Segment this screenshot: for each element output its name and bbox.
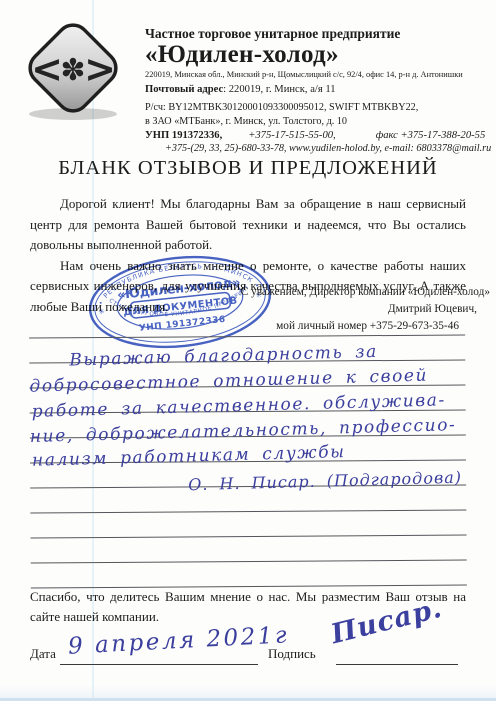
postal-address-value: : 220019, г. Минск, а/я 11 (223, 84, 335, 95)
unp-number: УНП 191372336, (145, 129, 222, 143)
signoff-line3: мой личный номер +375-29-673-35-46 (190, 318, 490, 335)
stamp-star-left: ✳ (98, 307, 105, 317)
document-title: БЛАНК ОТЗЫВОВ И ПРЕДЛОЖЕНИЙ (0, 157, 496, 180)
signature-label: Подпись (268, 646, 316, 662)
signoff-line1: С уважением, Директор компании «Юдилен-х… (190, 284, 490, 301)
review-line: нализм работникам службы (30, 435, 466, 463)
review-line: добросовестное отношение к своей (29, 360, 465, 388)
svg-text:✽: ✽ (60, 53, 85, 88)
scanned-feedback-form: < ✽ > Частное торговое унитарное предпри… (0, 0, 496, 701)
unp-phone-fax-row: УНП 191372336, +375-17-515-55-00, факс +… (145, 129, 492, 143)
company-header: Частное торговое унитарное предприятие «… (145, 26, 492, 156)
company-type: Частное торговое унитарное предприятие (145, 26, 492, 42)
company-address: 220019, Минская обл., Минский р-н, Щомыс… (145, 70, 492, 79)
bank-account-line: Р/сч: BY12MTBK30120001093300095012, SWIF… (145, 101, 492, 114)
review-line: ние, доброжелательность, профессио- (30, 410, 466, 438)
date-signature-row: Дата 9 апреля 2021г Подпись Писар. (30, 630, 466, 690)
phone-number: +375-17-515-55-00, (248, 129, 335, 143)
review-line-empty (30, 485, 466, 513)
review-line-empty (31, 560, 467, 588)
diamond-snowflake-logo-icon: < ✽ > (12, 18, 134, 122)
fax-number: факс +375-17-388-20-55 (376, 129, 486, 143)
postal-address: Почтовый адрес: 220019, г. Минск, а/я 11 (145, 84, 492, 95)
svg-text:>: > (84, 47, 116, 91)
postal-address-label: Почтовый адрес (145, 84, 223, 95)
contacts-line: +375-(29, 33, 25)-680-33-78, www.yudilen… (145, 142, 492, 155)
review-line: работе за качественное. обслужива- (29, 385, 465, 413)
date-label: Дата (30, 646, 56, 662)
review-line-empty (31, 535, 467, 563)
svg-text:<: < (31, 47, 63, 91)
review-line-empty (30, 510, 466, 538)
signoff-line2: Дмитрий Юцевич, (190, 301, 490, 318)
company-name: «Юдилен-холод» (145, 42, 492, 68)
bank-name-line: в ЗАО «МТБанк», г. Минск, ул. Толстого, … (145, 115, 492, 128)
director-signoff: С уважением, Директор компании «Юдилен-х… (190, 284, 490, 335)
company-logo: < ✽ > (12, 18, 134, 122)
review-line: Выражаю благодарность за (29, 334, 465, 363)
review-line: О. Н. Писар. (Подгародова) (30, 460, 466, 488)
review-writing-area: Выражаю благодарность за добросовестное … (29, 334, 467, 588)
